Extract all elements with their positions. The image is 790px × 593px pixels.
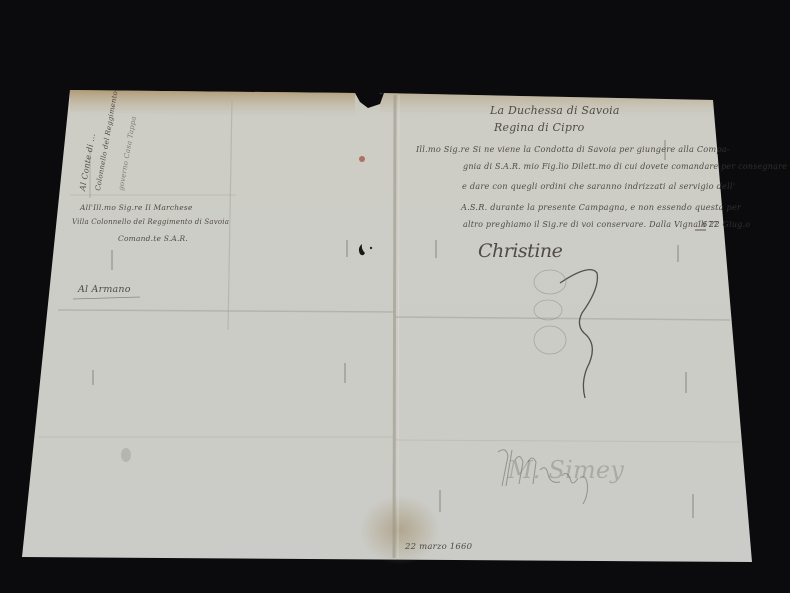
signature-minister: M. Simey <box>508 456 624 484</box>
body-line-3: e dare con quegli ordini che saranno ind… <box>462 181 735 191</box>
address-line-2: Villa Colonnello del Reggimento di Savoi… <box>72 218 229 226</box>
paper-sheet <box>22 90 752 562</box>
letter-paper <box>0 0 790 593</box>
body-line-4: A.S.R. durante la presente Campagna, e n… <box>461 202 741 212</box>
date-year: 1677 <box>697 220 718 229</box>
bottom-note: 22 marzo 1660 <box>405 542 472 552</box>
heading-line-1: La Duchessa di Savoia <box>490 104 620 117</box>
body-line-2: gnia di S.A.R. mio Fig.lio Dilett.mo di … <box>463 162 787 171</box>
body-line-1: Ill.mo Sig.re Si ne viene la Condotta di… <box>416 144 730 154</box>
heading-line-2: Regina di Cipro <box>494 121 584 134</box>
photo-scene: La Duchessa di Savoia Regina di Cipro Il… <box>0 0 790 593</box>
address-line-1: All'Ill.mo Sig.re Il Marchese <box>80 203 193 212</box>
address-footer: Al Armano <box>78 284 131 295</box>
address-line-3: Comand.te S.A.R. <box>118 234 188 243</box>
signature-christine: Christine <box>478 240 562 262</box>
